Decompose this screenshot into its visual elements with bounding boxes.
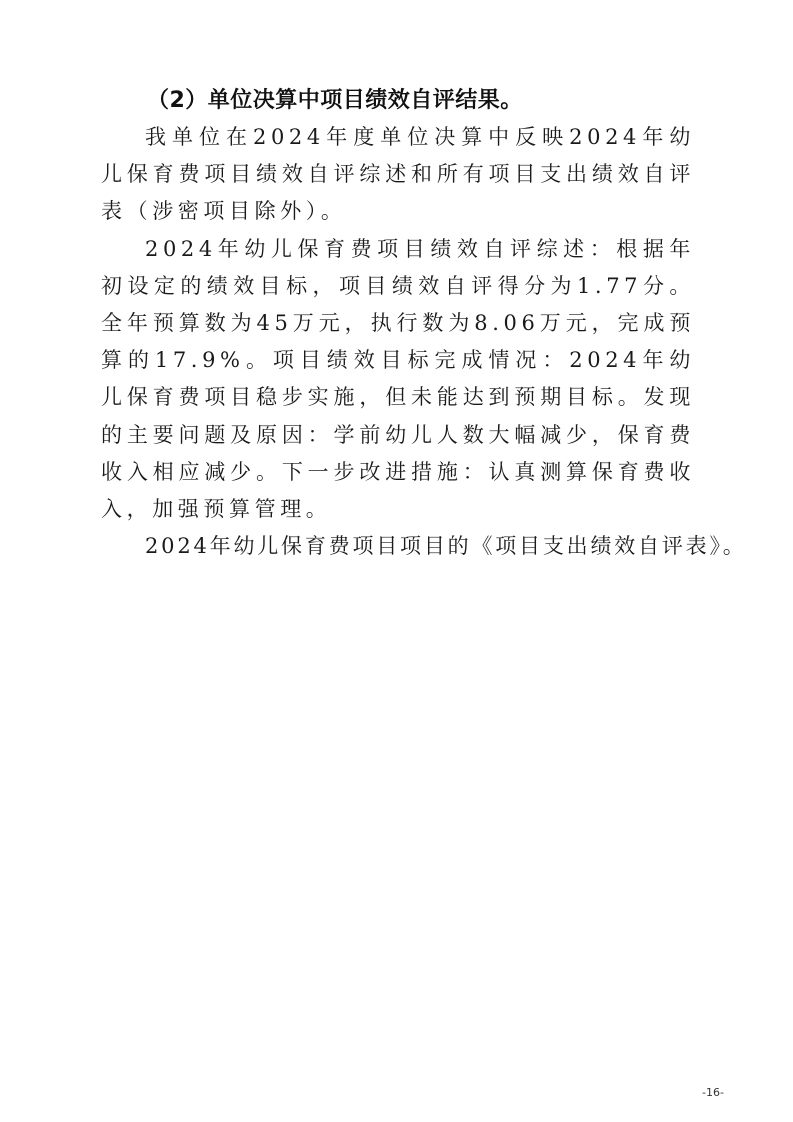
paragraph-summary: 2024年幼儿保育费项目绩效自评综述：根据年初设定的绩效目标，项目绩效自评得分为… [101,231,695,529]
page-number: -16- [702,1086,724,1099]
document-page: （2）单位决算中项目绩效自评结果。 我单位在2024年度单位决算中反映2024年… [101,82,695,565]
section-heading: （2）单位决算中项目绩效自评结果。 [101,82,695,119]
paragraph-table-reference: 2024年幼儿保育费项目项目的《项目支出绩效自评表》。 [101,528,695,565]
paragraph-intro: 我单位在2024年度单位决算中反映2024年幼儿保育费项目绩效自评综述和所有项目… [101,119,695,231]
